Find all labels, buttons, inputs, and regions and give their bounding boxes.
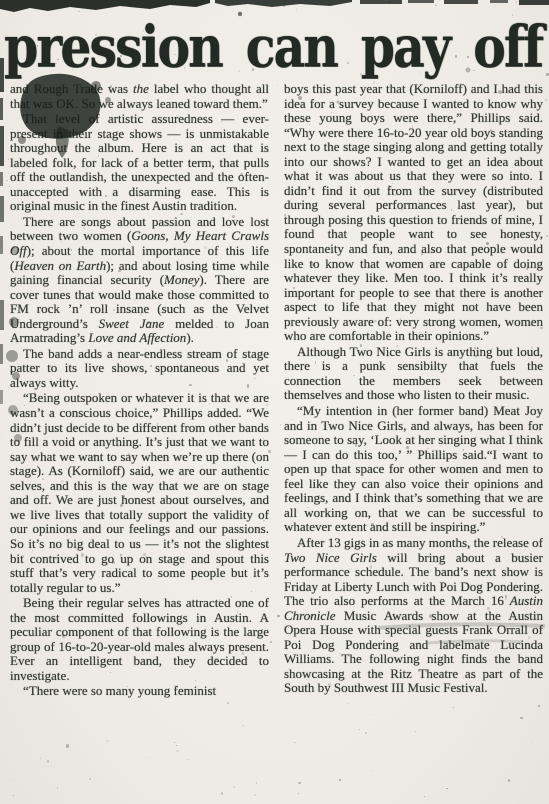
italic-title-text: Goons [131,228,165,243]
grain-dot [283,4,285,7]
body-text: The band adds a near-endless stream of s… [10,346,269,390]
grain-dot [546,235,548,237]
grain-dot [8,159,9,160]
article-paragraph: boys this past year that (Korniloff) and… [284,82,543,344]
headline: pression can pay off [4,14,549,81]
newspaper-page: pression can pay off and Rough Trade was… [0,0,549,804]
article-paragraph: That level of artistic assuredness — eve… [10,112,269,214]
article-paragraph: “Being outspoken or whatever it is that … [10,391,269,595]
article-paragraph: “My intention in (her former band) Meat … [284,404,543,535]
article-paragraph: and Rough Trade was the label who though… [10,82,269,111]
body-text: ). [186,330,194,345]
article-paragraph: The band adds a near-endless stream of s… [10,347,269,391]
body-text: Although Two Nice Girls is anything but … [284,344,543,403]
article-paragraph: After 13 gigs in as many months, the rel… [284,536,543,696]
article-column-left: and Rough Trade was the label who though… [10,82,269,798]
article-columns: and Rough Trade was the label who though… [10,82,543,798]
body-text: “There were so many young feminist [23,683,216,698]
article-paragraph: Although Two Nice Girls is anything but … [284,345,543,403]
italic-title-text: Heaven on Earth [14,258,106,273]
body-text: That level of artistic assuredness — eve… [10,111,269,213]
grain-dot [3,89,4,90]
body-text: , [165,228,174,243]
grain-dot [296,9,297,10]
italic-title-text: Money [164,272,199,287]
grain-dot [388,1,391,3]
article-paragraph: Being their regular selves has attracted… [10,596,269,683]
grain-dot [435,5,437,6]
grain-dot [78,11,79,13]
italic-title-text: Love and Affection [88,330,186,345]
body-text: and Rough Trade was [10,82,133,96]
article-column-right: boys this past year that (Korniloff) and… [284,82,543,798]
italic-title-text: the [133,82,149,96]
grain-dot [60,7,62,9]
body-text: “My intention in (her former band) Meat … [284,403,543,534]
italic-title-text: Two Nice Girls [284,550,377,565]
body-text: “Being outspoken or whatever it is that … [10,390,269,594]
body-text: Being their regular selves has attracted… [10,595,269,683]
italic-title-text: Sweet Jane [99,316,165,331]
grain-dot [516,1,518,3]
body-text: After 13 gigs in as many months, the rel… [297,535,543,550]
grain-dot [7,180,8,181]
grain-dot [0,105,1,106]
article-paragraph: “There were so many young feminist [10,684,269,699]
article-paragraph: There are songs about passion and love l… [10,215,269,346]
grain-dot [545,99,547,101]
body-text: boys this past year that (Korniloff) and… [284,82,543,343]
